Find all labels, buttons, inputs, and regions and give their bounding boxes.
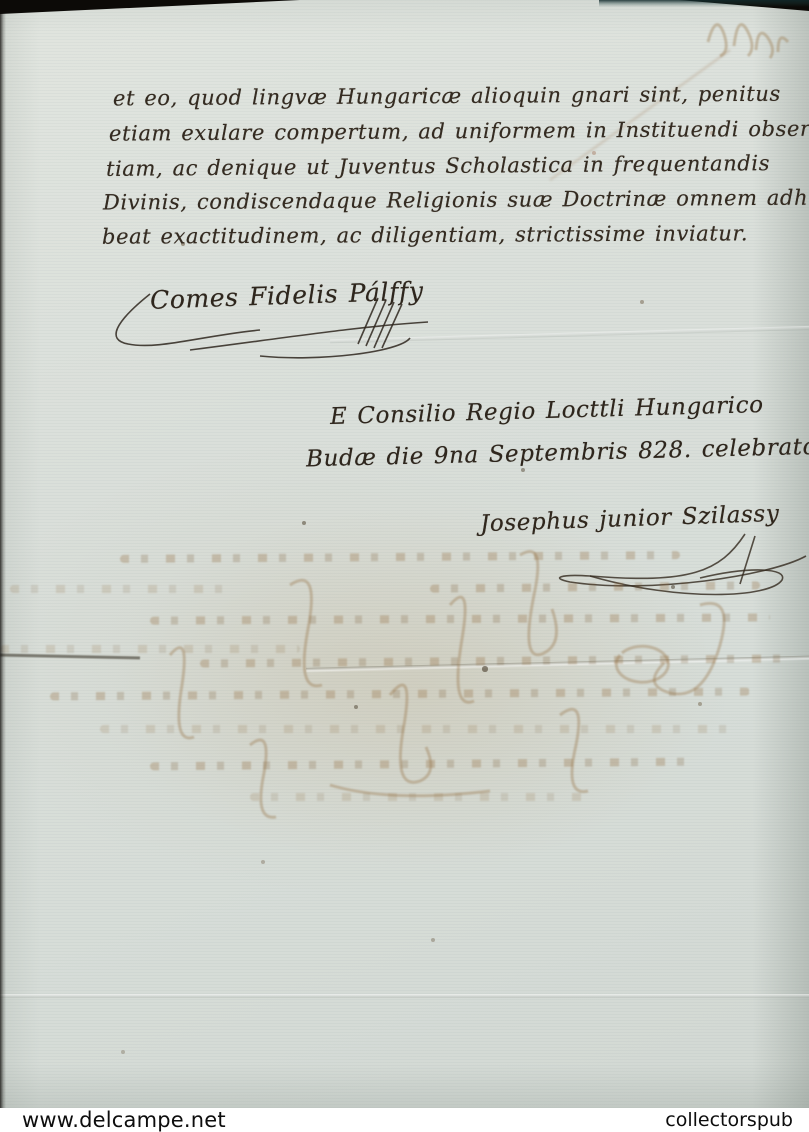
scanned-letter-page: et eo, quod lingvæ Hungaricæ alioquin gn… xyxy=(0,0,809,1132)
ink-bleed-through xyxy=(0,545,809,845)
paper-left-edge-shadow xyxy=(0,0,6,1108)
watermark-seller: collectorspub xyxy=(665,1109,793,1131)
body-line: etiam exulare compertum, ad uniformem in… xyxy=(109,116,809,145)
signature: Josephus junior Szilassy xyxy=(480,501,780,537)
bleed-curls xyxy=(0,545,809,845)
body-line: Divinis, condiscendaque Religionis suæ D… xyxy=(103,185,809,214)
scanner-corner-top-left xyxy=(0,0,300,14)
body-line: et eo, quod lingvæ Hungaricæ alioquin gn… xyxy=(113,82,781,111)
fold-crease-lower xyxy=(0,994,809,998)
bleed-mark-top-right xyxy=(690,2,805,62)
body-line: tiam, ac denique ut Juventus Scholastica… xyxy=(106,151,770,181)
fold-crease-upper xyxy=(330,317,809,344)
paper-sheet: et eo, quod lingvæ Hungaricæ alioquin gn… xyxy=(0,0,809,1108)
watermark-url: www.delcampe.net xyxy=(22,1108,226,1132)
watermark-bar: www.delcampe.net collectorspub xyxy=(0,1108,809,1132)
body-line: beat exactitudinem, ac diligentiam, stri… xyxy=(102,221,748,248)
countersignature: Comes Fidelis Pálffy xyxy=(150,276,424,315)
closing-line: E Consilio Regio Locttli Hungarico xyxy=(330,392,764,430)
closing-line: Budæ die 9na Septembris 828. celebrato. xyxy=(306,434,809,473)
paper-top-edge-shadow xyxy=(599,0,809,7)
